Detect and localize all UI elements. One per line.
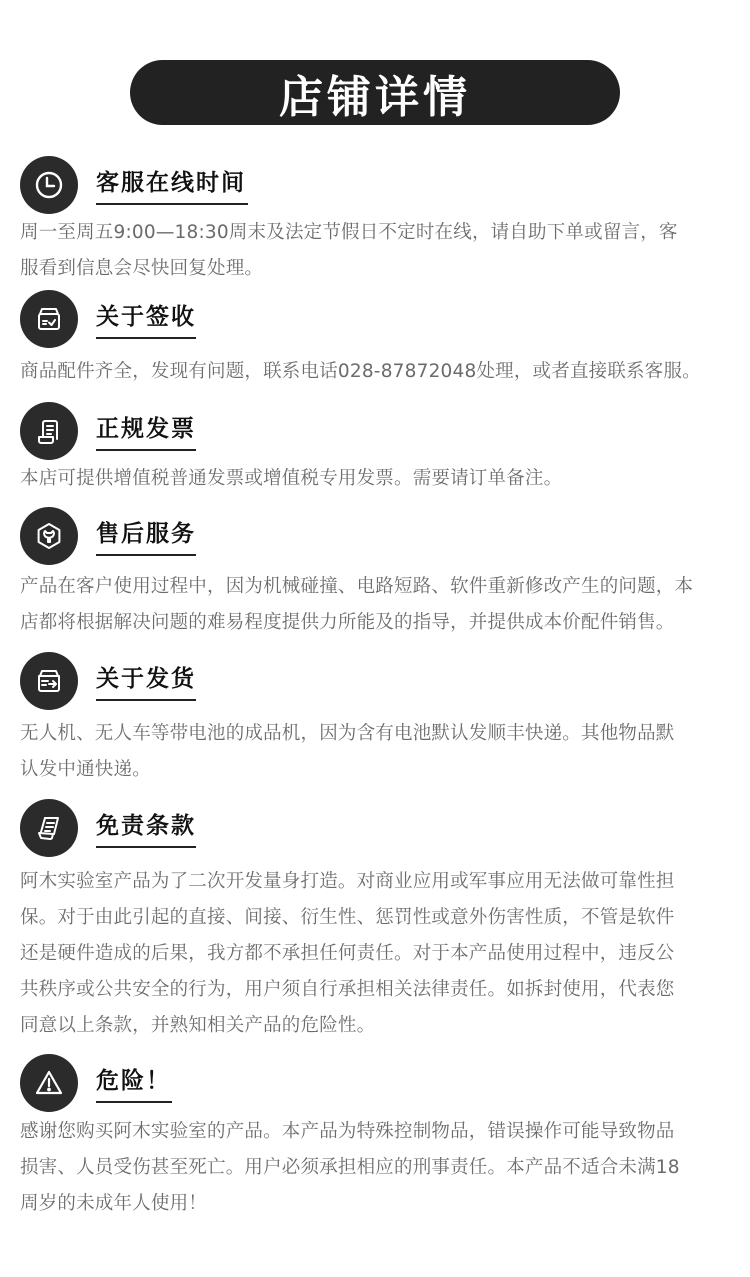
section-after-sales: 售后服务 产品在客户使用过程中，因为机械碰撞、电路短路、软件重新修改产生的问题，… — [0, 507, 750, 567]
section-invoice: 正规发票 本店可提供增值税普通发票或增值税专用发票。需要请订单备注。 — [0, 402, 750, 462]
section-body: 商品配件齐全，发现有问题，联系电话028-87872048处理，或者直接联系客服… — [20, 354, 732, 390]
section-shipping: 关于发货 无人机、无人车等带电池的成品机，因为含有电池默认发顺丰快递。其他物品默… — [0, 652, 750, 712]
section-title: 正规发票 — [96, 410, 196, 443]
body-line: 无人机、无人车等带电池的成品机，因为含有电池默认发顺丰快递。其他物品默 — [20, 716, 732, 752]
body-line: 产品在客户使用过程中，因为机械碰撞、电路短路、软件重新修改产生的问题，本 — [20, 569, 732, 605]
contract-scroll-icon — [20, 799, 78, 857]
section-title: 免责条款 — [96, 807, 196, 840]
section-title: 危险！ — [96, 1062, 171, 1095]
title-underline — [96, 1101, 172, 1103]
section-body: 周一至周五9:00—18:30周末及法定节假日不定时在线，请自助下单或留言，客 … — [20, 215, 732, 287]
section-title: 关于签收 — [96, 298, 196, 331]
page-title: 店铺详情 — [279, 61, 471, 125]
body-line: 店都将根据解决问题的难易程度提供力所能及的指导，并提供成本价配件销售。 — [20, 605, 732, 641]
body-line: 周岁的未成年人使用！ — [20, 1186, 732, 1222]
page-banner: 店铺详情 — [130, 60, 620, 125]
clock-icon — [20, 156, 78, 214]
section-body: 产品在客户使用过程中，因为机械碰撞、电路短路、软件重新修改产生的问题，本 店都将… — [20, 569, 732, 641]
title-underline — [96, 449, 196, 451]
body-line: 损害、人员受伤甚至死亡。用户必须承担相应的刑事责任。本产品不适合未满18 — [20, 1150, 732, 1186]
shipping-box-icon — [20, 652, 78, 710]
section-danger: 危险！ 感谢您购买阿木实验室的产品。本产品为特殊控制物品，错误操作可能导致物品 … — [0, 1054, 750, 1114]
section-body: 无人机、无人车等带电池的成品机，因为含有电池默认发顺丰快递。其他物品默 认发中通… — [20, 716, 732, 788]
section-service-hours: 客服在线时间 周一至周五9:00—18:30周末及法定节假日不定时在线，请自助下… — [0, 156, 750, 216]
warning-triangle-icon — [20, 1054, 78, 1112]
body-line: 认发中通快递。 — [20, 752, 732, 788]
body-line: 保。对于由此引起的直接、间接、衍生性、惩罚性或意外伤害性质，不管是软件 — [20, 900, 732, 936]
invoice-icon — [20, 402, 78, 460]
package-check-icon — [20, 290, 78, 348]
title-underline — [96, 554, 196, 556]
body-line: 感谢您购买阿木实验室的产品。本产品为特殊控制物品，错误操作可能导致物品 — [20, 1114, 732, 1150]
body-line: 阿木实验室产品为了二次开发量身打造。对商业应用或军事应用无法做可靠性担 — [20, 864, 732, 900]
title-underline — [96, 337, 196, 339]
section-title: 关于发货 — [96, 660, 196, 693]
wrench-hexagon-icon — [20, 507, 78, 565]
section-title: 售后服务 — [96, 515, 196, 548]
section-body: 感谢您购买阿木实验室的产品。本产品为特殊控制物品，错误操作可能导致物品 损害、人… — [20, 1114, 732, 1222]
body-line: 还是硬件造成的后果，我方都不承担任何责任。对于本产品使用过程中，违反公 — [20, 936, 732, 972]
body-line: 共秩序或公共安全的行为，用户须自行承担相关法律责任。如拆封使用，代表您 — [20, 972, 732, 1008]
section-body: 阿木实验室产品为了二次开发量身打造。对商业应用或军事应用无法做可靠性担 保。对于… — [20, 864, 732, 1044]
section-receipt: 关于签收 商品配件齐全，发现有问题，联系电话028-87872048处理，或者直… — [0, 290, 750, 350]
body-line: 本店可提供增值税普通发票或增值税专用发票。需要请订单备注。 — [20, 461, 732, 497]
body-line: 服看到信息会尽快回复处理。 — [20, 251, 732, 287]
title-underline — [96, 846, 196, 848]
title-underline — [96, 699, 196, 701]
body-line: 同意以上条款，并熟知相关产品的危险性。 — [20, 1008, 732, 1044]
section-disclaimer: 免责条款 阿木实验室产品为了二次开发量身打造。对商业应用或军事应用无法做可靠性担… — [0, 799, 750, 859]
section-title: 客服在线时间 — [96, 164, 246, 197]
title-underline — [96, 203, 248, 205]
body-line: 商品配件齐全，发现有问题，联系电话028-87872048处理，或者直接联系客服… — [20, 354, 732, 390]
body-line: 周一至周五9:00—18:30周末及法定节假日不定时在线，请自助下单或留言，客 — [20, 215, 732, 251]
section-body: 本店可提供增值税普通发票或增值税专用发票。需要请订单备注。 — [20, 461, 732, 497]
